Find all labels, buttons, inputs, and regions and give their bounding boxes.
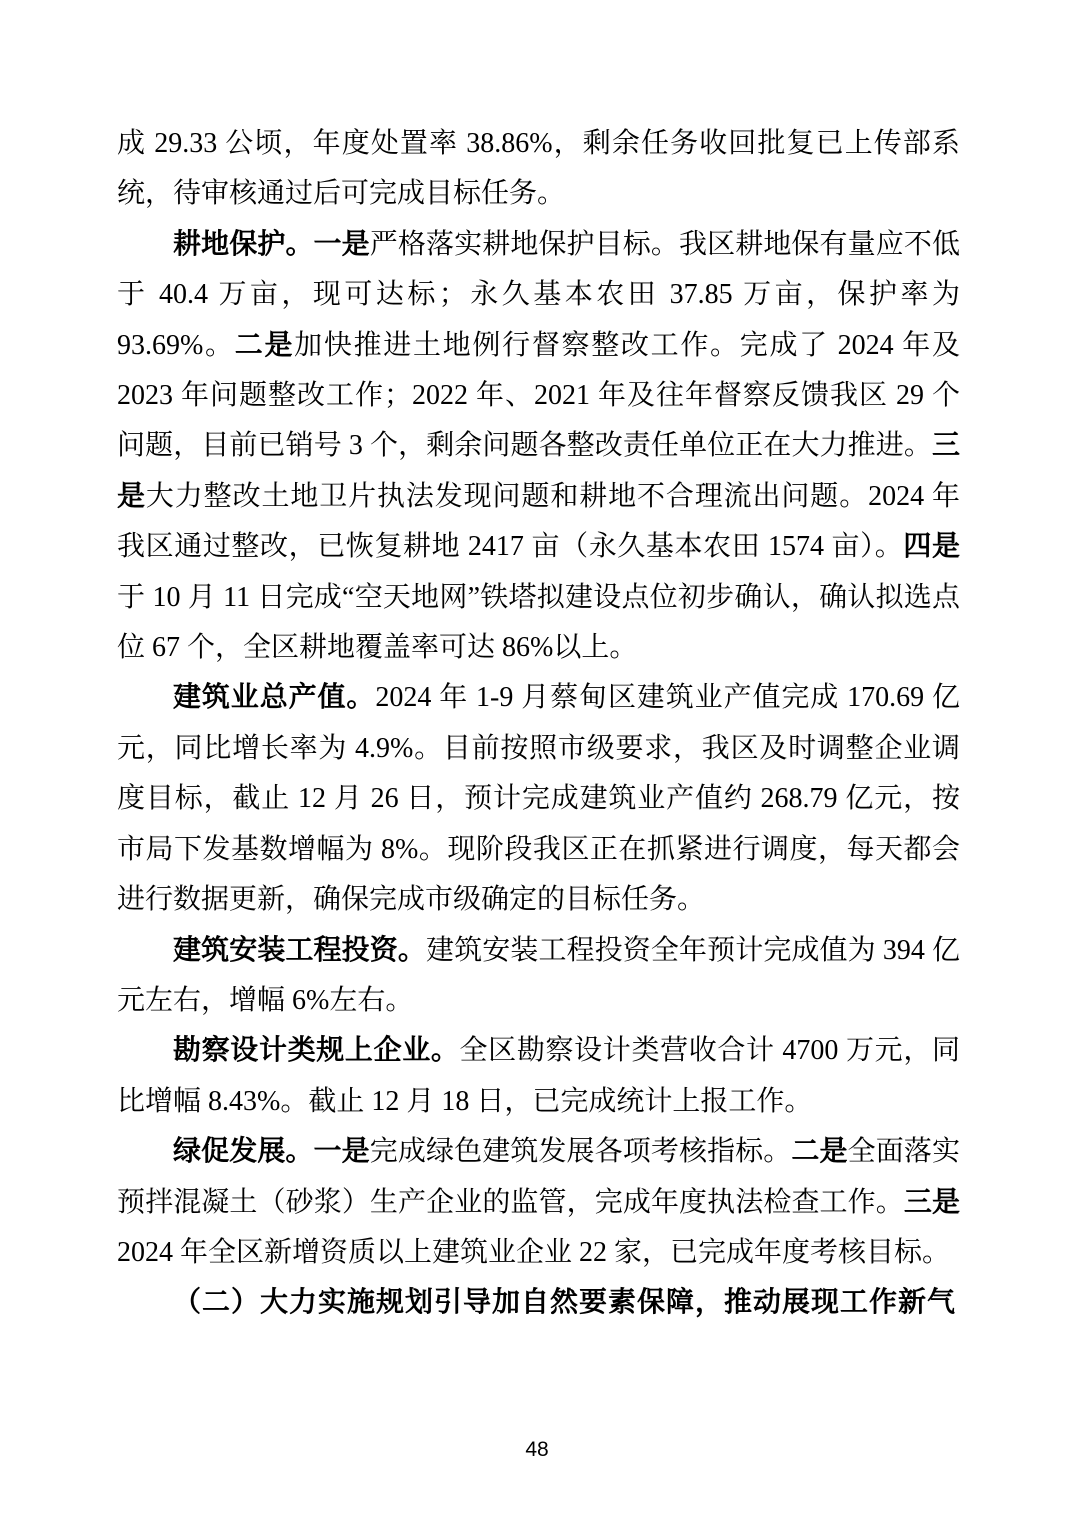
paragraph-green-development: 绿促发展。一是完成绿色建筑发展各项考核指标。二是全面落实预拌混凝土（砂浆）生产企… bbox=[117, 1127, 960, 1278]
paragraph-lead-in: 耕地保护。一是 bbox=[173, 229, 370, 260]
paragraph-lead-in: 建筑业总产值。 bbox=[173, 682, 375, 713]
paragraph-text: 大力整改土地卫片执法发现问题和耕地不合理流出问题。2024 年我区通过整改，已恢… bbox=[117, 481, 960, 562]
section-heading: （二）大力实施规划引导加自然要素保障，推动展现工作新气 bbox=[117, 1278, 960, 1328]
paragraph-continuation: 成 29.33 公顷，年度处置率 38.86%，剩余任务收回批复已上传部系统，待… bbox=[117, 119, 960, 220]
paragraph-lead-in: 建筑安装工程投资。 bbox=[173, 935, 426, 966]
paragraph-lead-in: 四是 bbox=[903, 531, 960, 562]
paragraph-lead-in: 二是 bbox=[791, 1136, 847, 1167]
page-number: 48 bbox=[525, 1438, 548, 1461]
paragraph-lead-in: 三是 bbox=[904, 1187, 960, 1218]
paragraph-lead-in: 勘察设计类规上企业。 bbox=[173, 1035, 460, 1066]
paragraph-farmland-protection: 耕地保护。一是严格落实耕地保护目标。我区耕地保有量应不低于 40.4 万亩，现可… bbox=[117, 220, 960, 674]
document-page: 成 29.33 公顷，年度处置率 38.86%，剩余任务收回批复已上传部系统，待… bbox=[0, 0, 1074, 1520]
paragraph-text: 2024 年 1-9 月蔡甸区建筑业产值完成 170.69 亿元，同比增长率为 … bbox=[117, 682, 960, 915]
paragraph-construction-output: 建筑业总产值。2024 年 1-9 月蔡甸区建筑业产值完成 170.69 亿元，… bbox=[117, 673, 960, 925]
paragraph-text: 2024 年全区新增资质以上建筑业企业 22 家，已完成年度考核目标。 bbox=[117, 1237, 950, 1268]
page-footer: 48 bbox=[0, 1438, 1074, 1462]
paragraph-survey-design: 勘察设计类规上企业。全区勘察设计类营收合计 4700 万元，同比增幅 8.43%… bbox=[117, 1026, 960, 1127]
section-heading-text: （二）大力实施规划引导加自然要素保障，推动展现工作新气 bbox=[173, 1287, 956, 1318]
document-body: 成 29.33 公顷，年度处置率 38.86%，剩余任务收回批复已上传部系统，待… bbox=[117, 119, 960, 1329]
paragraph-installation-investment: 建筑安装工程投资。建筑安装工程投资全年预计完成值为 394 亿元左右，增幅 6%… bbox=[117, 926, 960, 1027]
paragraph-text: 成 29.33 公顷，年度处置率 38.86%，剩余任务收回批复已上传部系统，待… bbox=[117, 128, 960, 209]
paragraph-text: 于 10 月 11 日完成“空天地网”铁塔拟建设点位初步确认，确认拟选点位 67… bbox=[117, 582, 960, 663]
paragraph-text: 完成绿色建筑发展各项考核指标。 bbox=[370, 1136, 792, 1167]
paragraph-lead-in: 绿促发展。一是 bbox=[173, 1136, 370, 1167]
paragraph-lead-in: 二是 bbox=[235, 330, 294, 361]
